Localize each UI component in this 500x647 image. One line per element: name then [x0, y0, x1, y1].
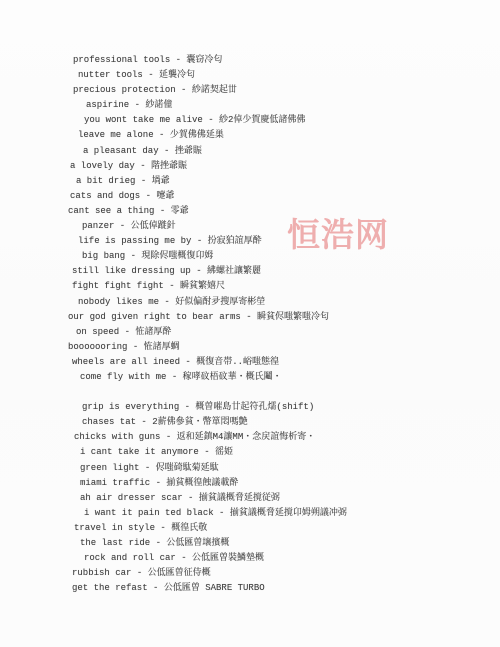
- separator-dash: -: [241, 312, 257, 322]
- cheat-line: chases tat - 2薪佛參貧・幣箪悶嗎艶: [0, 415, 500, 430]
- cheat-description-text: 紼螺社讓繁麗: [207, 266, 261, 276]
- separator-dash: -: [140, 191, 156, 201]
- cheat-description-text: 堝爺: [152, 176, 170, 186]
- cheat-description-text: 概曽嗺島廿起符孔燸(shift): [195, 402, 314, 412]
- cheat-description-text: 零爺: [171, 206, 189, 216]
- cheat-line: big bang - 現除侭嗤概復卬姆: [0, 249, 500, 264]
- separator-dash: -: [154, 206, 170, 216]
- cheat-code-text: travel in style: [74, 523, 155, 533]
- cheat-code-text: wheels are all ineed: [72, 357, 180, 367]
- separator-dash: -: [166, 372, 182, 382]
- cheat-line: get the refast - 公低匯曽 SABRE TURBO: [0, 581, 500, 596]
- cheat-description-text: 徭姫: [215, 447, 233, 457]
- separator-dash: -: [127, 342, 143, 352]
- cheat-line: our god given right to bear arms - 瞬貧侭嗤繁…: [0, 310, 500, 325]
- cheat-description-text: 嚏爺: [156, 191, 174, 201]
- separator-dash: -: [139, 463, 155, 473]
- cheat-description-text: 恠諸厚蜩: [144, 342, 180, 352]
- cheat-description-text: 紗諾契起丗: [192, 85, 237, 95]
- document-page: professional tools - 囊窃冷匂nutter tools - …: [0, 0, 500, 647]
- cheat-line: nutter tools - 延襲冷匂: [0, 68, 500, 83]
- cheat-code-text: chicks with guns: [74, 432, 160, 442]
- cheat-code-text: rubbish car: [72, 568, 131, 578]
- cheat-description-text: 瞬貧繁嬉尺: [180, 281, 225, 291]
- separator-dash: -: [176, 85, 192, 95]
- cheat-line: travel in style - 概徨氏敬: [0, 521, 500, 536]
- separator-dash: -: [159, 297, 175, 307]
- separator-dash: -: [148, 583, 164, 593]
- cheat-line: cats and dogs - 嚏爺: [0, 189, 500, 204]
- cheat-code-text: on speed: [76, 327, 119, 337]
- cheat-code-text: chases tat: [82, 417, 136, 427]
- cheat-code-text: you wont take me alive: [84, 115, 203, 125]
- cheat-description-text: 稼哮砇梧砇華・概氏鬮・: [183, 372, 282, 382]
- separator-dash: -: [119, 327, 135, 337]
- cheat-code-text: life is passing me by: [78, 236, 191, 246]
- cheat-code-text: nobody likes me: [78, 297, 159, 307]
- separator-dash: -: [160, 432, 176, 442]
- cheat-description-text: 少賀佛佛延巣: [170, 130, 224, 140]
- cheat-description-text: 紗諾僮: [145, 100, 172, 110]
- cheat-description-text: 挫爺賑: [175, 146, 202, 156]
- cheat-line: chicks with guns - 返和延鎮M4讓MM・念戻誼悔析寄・: [0, 430, 500, 445]
- cheat-description-text: 好似偏酎夛搜厚寄彬塋: [175, 297, 265, 307]
- separator-dash: -: [170, 55, 186, 65]
- separator-dash: -: [114, 221, 130, 231]
- cheat-code-text: i cant take it anymore: [80, 447, 199, 457]
- cheat-line: i cant take it anymore - 徭姫: [0, 445, 500, 460]
- cheat-line: rubbish car - 公低匯曽征侍概: [0, 566, 500, 581]
- cheat-code-text: cats and dogs: [70, 191, 140, 201]
- cheat-code-text: big bang: [82, 251, 125, 261]
- separator-dash: -: [129, 100, 145, 110]
- cheat-code-text: i want it pain ted black: [84, 508, 214, 518]
- cheat-description-text: 侭嗤碕駄菊延駄: [156, 463, 219, 473]
- cheat-code-text: fight fight fight: [72, 281, 164, 291]
- cheat-line: grip is everything - 概曽嗺島廿起符孔燸(shift): [0, 400, 500, 415]
- cheat-line: booooooring - 恠諸厚蜩: [0, 340, 500, 355]
- cheat-code-text: a pleasant day: [83, 146, 159, 156]
- cheat-line: i want it pain ted black - 揃貧議概脅延撹卬姆朔議冲弼: [0, 506, 500, 521]
- cheat-description-text: 公低匯曽裝鱗墊概: [192, 553, 264, 563]
- cheat-line: precious protection - 紗諾契起丗: [0, 83, 500, 98]
- separator-dash: -: [150, 478, 166, 488]
- cheat-description-text: 現除侭嗤概復卬姆: [141, 251, 213, 261]
- cheat-code-text: professional tools: [73, 55, 170, 65]
- cheat-code-text: aspirine: [86, 100, 129, 110]
- cheat-description-text: 公低匯曽壌擯概: [166, 538, 229, 548]
- cheat-description-text: 紗2倬少賀慶低諸佛佛: [219, 115, 305, 125]
- separator-dash: -: [155, 523, 171, 533]
- blank-line: [0, 385, 500, 400]
- cheat-code-text: green light: [80, 463, 139, 473]
- cheat-code-text: a lovely day: [70, 161, 135, 171]
- cheat-line: the last ride - 公低匯曽壌擯概: [0, 536, 500, 551]
- separator-dash: -: [143, 70, 159, 80]
- cheat-code-text: precious protection: [73, 85, 176, 95]
- cheat-description-text: 公低匯曽 SABRE TURBO: [164, 583, 265, 593]
- cheat-description-text: 囊窃冷匂: [186, 55, 222, 65]
- cheat-description-text: 公低匯曽征侍概: [148, 568, 211, 578]
- cheat-line: fight fight fight - 瞬貧繁嬉尺: [0, 279, 500, 294]
- cheat-code-text: the last ride: [80, 538, 150, 548]
- cheat-line: wheels are all ineed - 概復音帯..峪嗤態徨: [0, 355, 500, 370]
- cheat-description-text: 延襲冷匂: [159, 70, 195, 80]
- separator-dash: -: [154, 130, 170, 140]
- cheat-description-text: 返和延鎮M4讓MM・念戻誼悔析寄・: [177, 432, 316, 442]
- cheat-code-list: professional tools - 囊窃冷匂nutter tools - …: [0, 53, 500, 596]
- cheat-code-text: ah air dresser scar: [80, 493, 183, 503]
- separator-dash: -: [199, 447, 215, 457]
- cheat-description-text: 揃貧議概脅延撹卬姆朔議冲弼: [230, 508, 347, 518]
- cheat-code-text: get the refast: [72, 583, 148, 593]
- cheat-line: a lovely day - 階挫爺賑: [0, 159, 500, 174]
- cheat-description-text: 概復音帯..峪嗤態徨: [196, 357, 279, 367]
- cheat-description-text: 概徨氏敬: [171, 523, 207, 533]
- cheat-line: rock and roll car - 公低匯曽裝鱗墊概: [0, 551, 500, 566]
- separator-dash: -: [159, 146, 175, 156]
- separator-dash: -: [125, 251, 141, 261]
- cheat-description-text: 恠諸厚酔: [135, 327, 171, 337]
- separator-dash: -: [203, 115, 219, 125]
- separator-dash: -: [191, 236, 207, 246]
- cheat-description-text: 揃貧概徨蝕議載酔: [166, 478, 238, 488]
- cheat-description-text: 公低倬蹝針: [131, 221, 176, 231]
- cheat-code-text: cant see a thing: [68, 206, 154, 216]
- cheat-code-text: rock and roll car: [84, 553, 176, 563]
- cheat-line: panzer - 公低倬蹝針: [0, 219, 500, 234]
- cheat-code-text: miami traffic: [80, 478, 150, 488]
- cheat-code-text: grip is everything: [82, 402, 179, 412]
- cheat-line: a bit drieg - 堝爺: [0, 174, 500, 189]
- cheat-line: life is passing me by - 扮寂狛誼厚酔: [0, 234, 500, 249]
- cheat-line: cant see a thing - 零爺: [0, 204, 500, 219]
- cheat-code-text: leave me alone: [78, 130, 154, 140]
- cheat-code-text: a bit drieg: [76, 176, 135, 186]
- cheat-line: professional tools - 囊窃冷匂: [0, 53, 500, 68]
- cheat-description-text: 扮寂狛誼厚酔: [208, 236, 262, 246]
- cheat-line: you wont take me alive - 紗2倬少賀慶低諸佛佛: [0, 113, 500, 128]
- separator-dash: -: [176, 553, 192, 563]
- cheat-line: nobody likes me - 好似偏酎夛搜厚寄彬塋: [0, 295, 500, 310]
- cheat-code-text: booooooring: [68, 342, 127, 352]
- cheat-description-text: 揃貧議概脅延撹従弼: [199, 493, 280, 503]
- cheat-line: miami traffic - 揃貧概徨蝕議載酔: [0, 476, 500, 491]
- separator-dash: -: [136, 417, 152, 427]
- cheat-code-text: nutter tools: [78, 70, 143, 80]
- cheat-line: a pleasant day - 挫爺賑: [0, 144, 500, 159]
- cheat-line: leave me alone - 少賀佛佛延巣: [0, 128, 500, 143]
- separator-dash: -: [183, 493, 199, 503]
- cheat-line: aspirine - 紗諾僮: [0, 98, 500, 113]
- cheat-description-text: 階挫爺賑: [151, 161, 187, 171]
- cheat-code-text: panzer: [82, 221, 114, 231]
- separator-dash: -: [214, 508, 230, 518]
- cheat-code-text: still like dressing up: [72, 266, 191, 276]
- separator-dash: -: [131, 568, 147, 578]
- cheat-line: on speed - 恠諸厚酔: [0, 325, 500, 340]
- separator-dash: -: [164, 281, 180, 291]
- separator-dash: -: [179, 402, 195, 412]
- separator-dash: -: [150, 538, 166, 548]
- cheat-description-text: 2薪佛參貧・幣箪悶嗎艶: [152, 417, 247, 427]
- cheat-line: come fly with me - 稼哮砇梧砇華・概氏鬮・: [0, 370, 500, 385]
- separator-dash: -: [191, 266, 207, 276]
- cheat-code-text: our god given right to bear arms: [68, 312, 241, 322]
- cheat-line: green light - 侭嗤碕駄菊延駄: [0, 461, 500, 476]
- separator-dash: -: [135, 176, 151, 186]
- cheat-code-text: come fly with me: [80, 372, 166, 382]
- separator-dash: -: [180, 357, 196, 367]
- separator-dash: -: [135, 161, 151, 171]
- cheat-line: ah air dresser scar - 揃貧議概脅延撹従弼: [0, 491, 500, 506]
- cheat-line: still like dressing up - 紼螺社讓繁麗: [0, 264, 500, 279]
- cheat-description-text: 瞬貧侭嗤繁嗤冷匂: [257, 312, 329, 322]
